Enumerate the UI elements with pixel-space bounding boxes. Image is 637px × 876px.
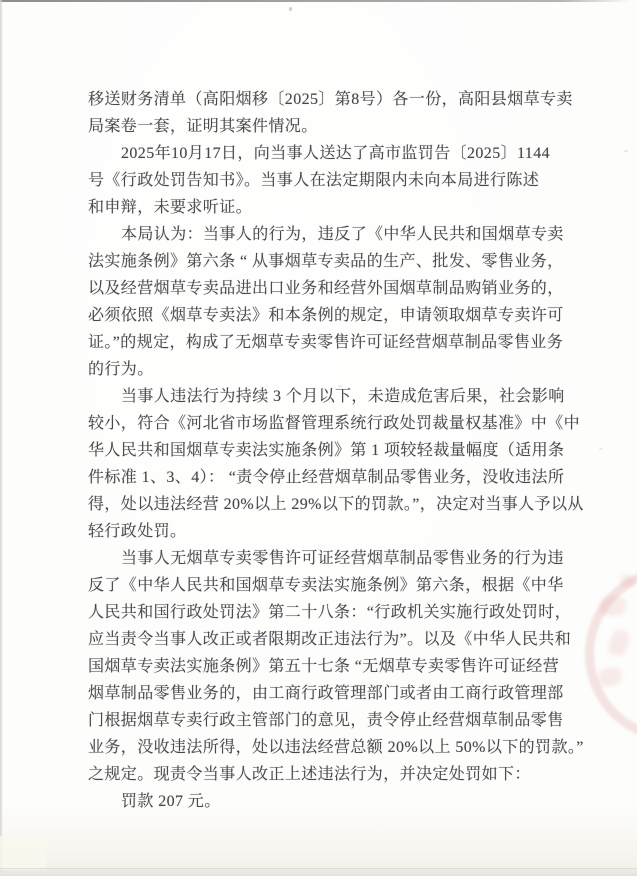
scan-bottom-edge-shadow xyxy=(0,867,637,876)
text-line: 之规定。现责令当事人改正上述违法行为，并决定处罚如下： xyxy=(88,761,588,788)
text-line: 反了《中华人民共和国烟草专卖法实施条例》第六条，根据《中华 xyxy=(88,572,588,599)
text-line: 门根据烟草专卖行政主管部门的意见，责令停止经营烟草制品零售 xyxy=(88,707,588,734)
text-line: 当事人无烟草专卖零售许可证经营烟草制品零售业务的行为违 xyxy=(88,545,588,572)
text-line: 件标准 1、3、4）： “责令停止经营烟草制品零售业务，没收违法所 xyxy=(88,464,588,491)
text-line: 法实施条例》第六条 “ 从事烟草专卖品的生产、批发、零售业务， xyxy=(88,248,588,275)
scan-top-edge-shadow xyxy=(0,0,637,2)
document-text-block: 移送财务清单（高阳烟移〔2025〕第8号）各一份，高阳县烟草专卖局案卷一套，证明… xyxy=(88,86,588,815)
text-line: 证。”的规定，构成了无烟草专卖零售许可证经营烟草制品零售业务 xyxy=(88,329,588,356)
seal-ink-mark xyxy=(600,596,626,616)
text-line: 必须依照《烟草专卖法》和本条例的规定，申请领取烟草专卖许可 xyxy=(88,302,588,329)
text-line: 人民共和国行政处罚法》第二十八条：“行政机关实施行政处罚时， xyxy=(88,599,588,626)
text-line: 局案卷一套，证明其案件情况。 xyxy=(88,113,588,140)
text-line: 本局认为：当事人的行为，违反了《中华人民共和国烟草专卖 xyxy=(88,221,588,248)
scan-noise-speck xyxy=(338,385,343,387)
text-line: 2025年10月17日，向当事人送达了高市监罚告〔2025〕1144 xyxy=(88,140,588,167)
text-line: 和申辩，未要求听证。 xyxy=(88,194,588,221)
text-line: 罚款 207 元。 xyxy=(88,788,588,815)
scanned-document-page: 移送财务清单（高阳烟移〔2025〕第8号）各一份，高阳县烟草专卖局案卷一套，证明… xyxy=(0,0,637,876)
text-line: 号《行政处罚告知书》。当事人在法定期限内未向本局进行陈述 xyxy=(88,167,588,194)
text-line: 移送财务清单（高阳烟移〔2025〕第8号）各一份，高阳县烟草专卖 xyxy=(88,86,588,113)
scan-noise-speck xyxy=(599,448,603,450)
text-line: 得，处以违法经营 20%以上 29%以下的罚款。”，决定对当事人予以从 xyxy=(88,491,588,518)
text-line: 当事人违法行为持续 3 个月以下，未造成危害后果，社会影响 xyxy=(88,383,588,410)
seal-ink-mark xyxy=(620,575,634,587)
text-line: 轻行政处罚。 xyxy=(88,518,588,545)
text-line: 业务，没收违法所得，处以违法经营总额 20%以上 50%以下的罚款。” xyxy=(88,734,588,761)
text-line: 的行为。 xyxy=(88,356,588,383)
scan-noise-speck xyxy=(624,150,628,152)
text-line: 国烟草专卖法实施条例》第五十七条 “无烟草专卖零售许可证经营 xyxy=(88,653,588,680)
scan-noise-speck xyxy=(289,7,292,11)
text-line: 应当责令当事人改正或者限期改正违法行为”。以及《中华人民共和 xyxy=(88,626,588,653)
text-line: 烟草制品零售业务的，由工商行政管理部门或者由工商行政管理部 xyxy=(88,680,588,707)
text-line: 以及经营烟草专卖品进出口业务和经营外国烟草制品购销业务的， xyxy=(88,275,588,302)
scan-left-edge-shadow xyxy=(0,0,3,876)
text-line: 华人民共和国烟草专卖法实施条例》第 1 项较轻裁量幅度（适用条 xyxy=(88,437,588,464)
scan-corner-tint xyxy=(0,836,46,870)
text-line: 较小，符合《河北省市场监督管理系统行政处罚裁量权基准》中《中 xyxy=(88,410,588,437)
